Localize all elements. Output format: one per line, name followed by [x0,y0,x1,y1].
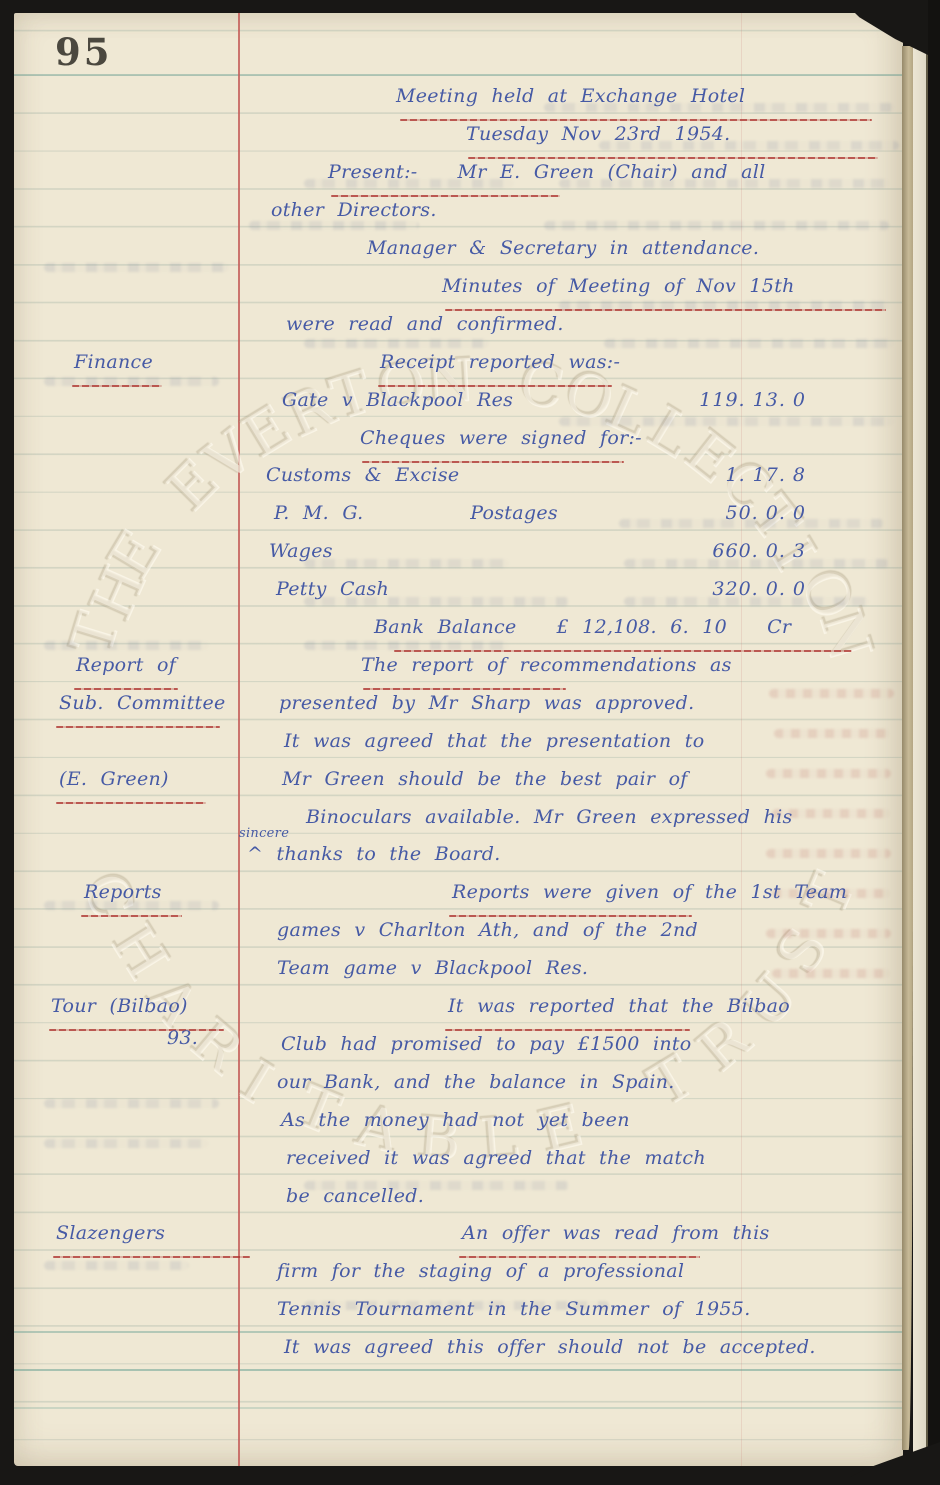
manuscript-line: Petty Cash320. 0. 0 [14,578,903,612]
line-text: Club had promised to pay £1500 into [281,1033,692,1055]
line-text: Tuesday Nov 23rd 1954. [466,123,730,145]
line-text: Wages [269,540,333,562]
manuscript-line: As the money had not yet been [14,1109,903,1143]
line-text: Tennis Tournament in the Summer of 1955. [277,1298,751,1320]
red-underline [378,385,612,387]
line-text: As the money had not yet been [281,1109,630,1131]
manuscript-line: SlazengersAn offer was read from this [14,1222,903,1256]
margin-label: Finance [74,351,153,373]
manuscript-line: Bank Balance £ 12,108. 6. 10 Cr [14,616,903,650]
amount-value: 119. 13. 0 [688,389,806,411]
amount-value: 50. 0. 0 [688,502,806,524]
next-page-edge [913,40,928,1452]
manuscript-line: Customs & Excise1. 17. 8 [14,464,903,498]
line-text: Mr Green should be the best pair of [282,768,688,790]
line-text: Manager & Secretary in attendance. [367,237,759,259]
line-text: be cancelled. [286,1185,424,1207]
manuscript-line: received it was agreed that the match [14,1147,903,1181]
red-underline [56,802,206,804]
manuscript-line: FinanceReceipt reported was:- [14,351,903,385]
margin-label: Report of [76,654,176,676]
manuscript-line: It was agreed that the presentation to [14,730,903,764]
margin-label: Slazengers [56,1222,165,1244]
manuscript-line: Cheques were signed for:- [14,427,903,461]
red-underline [459,1256,700,1258]
line-text: P. M. G. Postages [274,502,558,524]
book-scan-background: THE EVERTON COLLECTIONCHARITABLE TRUST 9… [0,0,940,1485]
manuscript-line: Sub. Committeepresented by Mr Sharp was … [14,692,903,726]
line-text: It was agreed that the presentation to [284,730,704,752]
manuscript-line: Tour (Bilbao)It was reported that the Bi… [14,995,903,1029]
line-text: Present:- Mr E. Green (Chair) and all [328,161,766,183]
page-edge-shadow [902,46,913,1450]
manuscript-line: were read and confirmed. [14,313,903,347]
manuscript-line: other Directors. [14,199,903,233]
line-text: It was agreed this offer should not be a… [284,1336,816,1358]
line-text: presented by Mr Sharp was approved. [279,692,694,714]
manuscript-line: Gate v Blackpool Res119. 13. 0 [14,389,903,423]
manuscript-line: games v Charlton Ath, and of the 2nd [14,919,903,953]
line-text: Cheques were signed for:- [360,427,642,449]
manuscript-line: firm for the staging of a professional [14,1260,903,1294]
line-text: Customs & Excise [266,464,459,486]
line-text: It was reported that the Bilbao [448,995,790,1017]
line-text: The report of recommendations as [361,654,732,676]
red-underline [400,119,872,121]
manuscript-line: (E. Green)Mr Green should be the best pa… [14,768,903,802]
manuscript-line: Wages660. 0. 3 [14,540,903,574]
red-underline [363,688,566,690]
manuscript-line: Club had promised to pay £1500 into [14,1033,903,1067]
line-text: Minutes of Meeting of Nov 15th [442,275,795,297]
manuscript-line: It was agreed this offer should not be a… [14,1336,903,1370]
manuscript-line: Team game v Blackpool Res. [14,957,903,991]
manuscript-line: Present:- Mr E. Green (Chair) and all [14,161,903,195]
line-text: received it was agreed that the match [286,1147,706,1169]
line-text: Bank Balance £ 12,108. 6. 10 Cr [374,616,791,638]
line-text: Petty Cash [276,578,389,600]
line-text: Meeting held at Exchange Hotel [396,85,745,107]
line-text: firm for the staging of a professional [277,1260,684,1282]
ledger-page: THE EVERTON COLLECTIONCHARITABLE TRUST 9… [14,13,903,1466]
red-underline [449,915,692,917]
margin-label: Reports [84,881,162,903]
manuscript-line: P. M. G. Postages50. 0. 0 [14,502,903,536]
manuscript-line: Report ofThe report of recommendations a… [14,654,903,688]
line-text: games v Charlton Ath, and of the 2nd [277,919,698,941]
manuscript-line: Manager & Secretary in attendance. [14,237,903,271]
manuscript-line: ^ thanks to the Board. [14,843,903,877]
manuscript-text-layer: Meeting held at Exchange HotelTuesday No… [14,13,903,1466]
red-underline [331,195,560,197]
manuscript-line: Minutes of Meeting of Nov 15th [14,275,903,309]
line-text: ^ thanks to the Board. [247,843,501,865]
line-text: were read and confirmed. [286,313,564,335]
manuscript-line: be cancelled. [14,1185,903,1219]
margin-label: (E. Green) [59,768,169,790]
line-text: our Bank, and the balance in Spain. [277,1071,675,1093]
red-underline [53,1256,250,1258]
manuscript-line: our Bank, and the balance in Spain. [14,1071,903,1105]
red-underline [445,309,886,311]
book-spine-gap [928,0,940,1485]
manuscript-line: Tuesday Nov 23rd 1954. [14,123,903,157]
amount-value: 320. 0. 0 [688,578,806,600]
manuscript-line: Meeting held at Exchange Hotel [14,85,903,119]
red-underline [362,461,624,463]
margin-label: Sub. Committee [59,692,226,714]
red-underline [74,688,178,690]
line-text: Gate v Blackpool Res [282,389,513,411]
line-text: Binoculars available. Mr Green expressed… [306,806,793,828]
red-underline [394,650,852,652]
red-underline [81,915,182,917]
margin-label: Tour (Bilbao) [51,995,188,1017]
line-text: sincere [239,826,289,841]
manuscript-line: Tennis Tournament in the Summer of 1955. [14,1298,903,1332]
line-text: An offer was read from this [462,1222,770,1244]
amount-value: 660. 0. 3 [688,540,806,562]
red-underline [56,726,220,728]
line-text: Team game v Blackpool Res. [277,957,588,979]
line-text: other Directors. [271,199,437,221]
amount-value: 1. 17. 8 [688,464,806,486]
manuscript-line: ReportsReports were given of the 1st Tea… [14,881,903,915]
red-underline [72,385,162,387]
red-underline [468,157,878,159]
line-text: Reports were given of the 1st Team [452,881,847,903]
line-text: Receipt reported was:- [380,351,620,373]
